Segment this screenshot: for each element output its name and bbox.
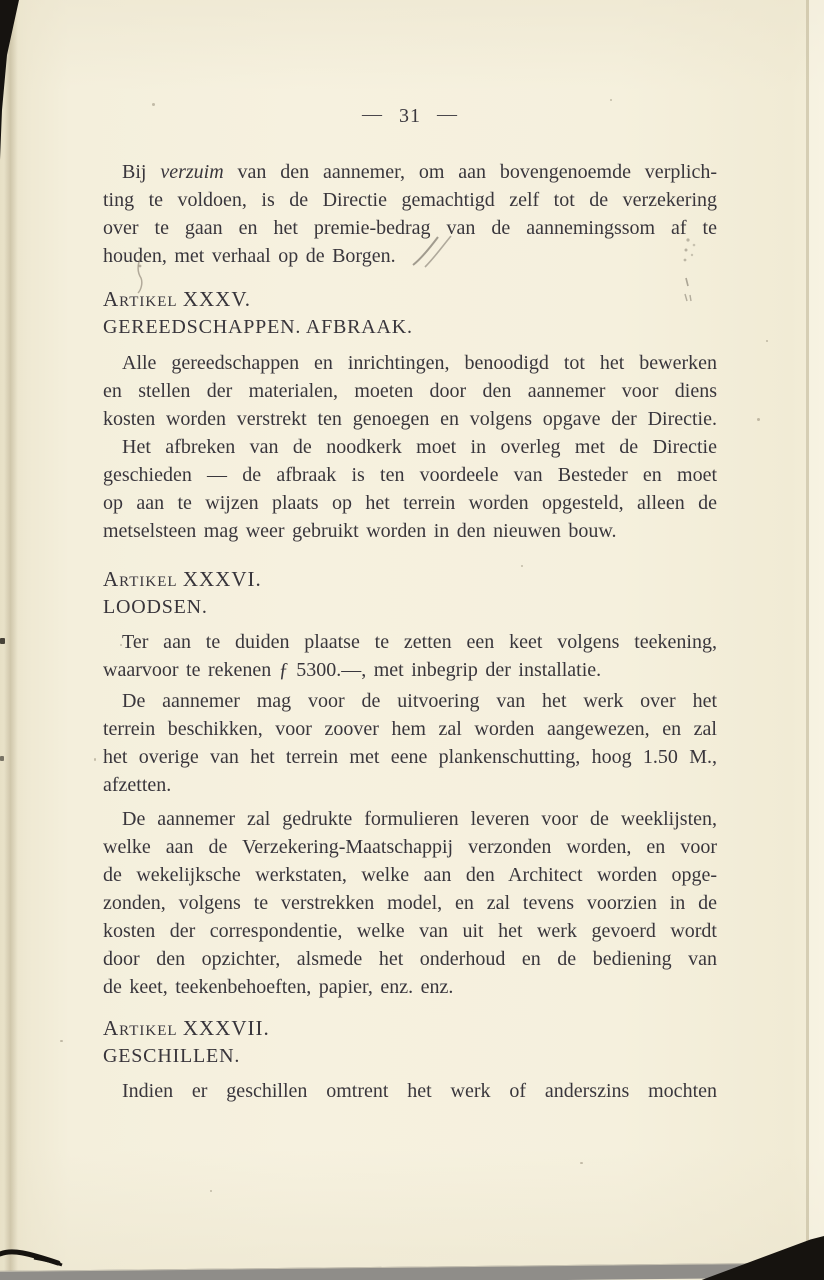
scan-edge-bottom-left-hook bbox=[0, 1246, 64, 1270]
text-line: door den opzichter, alsmede het onderhou… bbox=[103, 945, 717, 973]
text-line: De aannemer zal gedrukte formulieren lev… bbox=[103, 805, 717, 833]
paper-speck bbox=[610, 99, 612, 101]
text-line: ting te voldoen, is de Directie gemachti… bbox=[103, 186, 717, 214]
text-segment: van den aannemer, om aan bovengenoemde v… bbox=[238, 161, 717, 183]
paper-speck bbox=[152, 103, 155, 106]
page-content: —31— Bij verzuim van den aannemer, om aa… bbox=[103, 0, 717, 1105]
page-number-dash-right: — bbox=[437, 103, 458, 125]
text-line: de wekelijksche werkstaten, welke aan de… bbox=[103, 861, 717, 889]
text-line: Ter aan te duiden plaatse te zetten een … bbox=[103, 628, 717, 656]
text-line: welke aan de Verzekering-Maatschappij ve… bbox=[103, 833, 717, 861]
artikel-label: Artikel bbox=[103, 1016, 178, 1040]
paper-speck bbox=[120, 644, 122, 646]
text-line: Het afbreken van de noodkerk moet in ove… bbox=[103, 433, 717, 461]
artikel-numeral: XXXVII. bbox=[183, 1016, 270, 1040]
section-title-gereedschappen: GEREEDSCHAPPEN. AFBRAAK. bbox=[103, 313, 717, 341]
paragraph-loodsen-1: Ter aan te duiden plaatse te zetten een … bbox=[103, 628, 717, 684]
text-line: afzetten. bbox=[103, 771, 717, 799]
text-line: Bij verzuim van den aannemer, om aan bov… bbox=[103, 158, 717, 186]
text-line: kosten worden verstrekt ten genoegen en … bbox=[103, 405, 717, 433]
text-line: kosten der correspondentie, welke van ui… bbox=[103, 917, 717, 945]
page-number-dash-left: — bbox=[362, 103, 383, 125]
edge-nick-mark bbox=[0, 638, 5, 644]
text-line: Alle gereedschappen en inrichtingen, ben… bbox=[103, 349, 717, 377]
section-title-loodsen: LOODSEN. bbox=[103, 593, 717, 621]
paragraph-gereedschappen-1: Alle gereedschappen en inrichtingen, ben… bbox=[103, 349, 717, 433]
paper-speck bbox=[445, 755, 447, 757]
paper-speck bbox=[210, 1190, 212, 1192]
text-line: De aannemer mag voor de uitvoering van h… bbox=[103, 687, 717, 715]
paragraph-loodsen-3: De aannemer zal gedrukte formulieren lev… bbox=[103, 805, 717, 1001]
page-number: —31— bbox=[103, 104, 717, 128]
paper-speck bbox=[521, 565, 523, 567]
section-title-geschillen: GESCHILLEN. bbox=[103, 1042, 717, 1070]
paper-speck bbox=[757, 418, 760, 421]
page-number-value: 31 bbox=[399, 105, 421, 127]
text-line: Indien er geschillen omtrent het werk of… bbox=[103, 1077, 717, 1105]
text-line: op aan te wijzen plaats op het terrein w… bbox=[103, 489, 717, 517]
paragraph-geschillen-1: Indien er geschillen omtrent het werk of… bbox=[103, 1077, 717, 1105]
left-crease-shadow bbox=[4, 0, 18, 1280]
section-heading-artikel-xxxv: Artikel XXXV. bbox=[103, 285, 717, 313]
text-line: terrein beschikken, voor zoover hem zal … bbox=[103, 715, 717, 743]
text-segment: Bij bbox=[122, 161, 146, 183]
text-line: waarvoor te rekenen ƒ 5300.—, met inbegr… bbox=[103, 656, 717, 684]
right-margin-smudge bbox=[678, 232, 718, 304]
paragraph-gereedschappen-2: Het afbreken van de noodkerk moet in ove… bbox=[103, 433, 717, 545]
text-segment-italic: verzuim bbox=[160, 161, 223, 183]
section-heading-artikel-xxxvi: Artikel XXXVI. bbox=[103, 565, 717, 593]
edge-nick-mark bbox=[0, 756, 4, 761]
paper-speck bbox=[700, 933, 702, 935]
text-line: de keet, teekenbehoeften, papier, enz. e… bbox=[103, 973, 717, 1001]
text-line: geschieden — de afbraak is ten voordeele… bbox=[103, 461, 717, 489]
paper-speck bbox=[580, 1162, 583, 1164]
right-page-edge-highlight bbox=[809, 0, 824, 1280]
paper-speck bbox=[94, 758, 96, 761]
text-line: het overige van het terrein met eene pla… bbox=[103, 743, 717, 771]
artikel-numeral: XXXV. bbox=[183, 287, 251, 311]
artikel-label: Artikel bbox=[103, 567, 178, 591]
paragraph-loodsen-2: De aannemer mag voor de uitvoering van h… bbox=[103, 687, 717, 799]
text-line: en stellen der materialen, moeten door d… bbox=[103, 377, 717, 405]
section-heading-artikel-xxxvii: Artikel XXXVII. bbox=[103, 1014, 717, 1042]
paper-speck bbox=[766, 340, 768, 342]
text-line: metselsteen mag weer gebruikt worden in … bbox=[103, 517, 717, 545]
artikel-numeral: XXXVI. bbox=[183, 567, 262, 591]
paper-speck bbox=[60, 1040, 63, 1042]
pencil-flourish-mark bbox=[408, 234, 456, 270]
text-line: zonden, volgens te verstrekken model, en… bbox=[103, 889, 717, 917]
margin-pencil-mark bbox=[132, 252, 150, 296]
